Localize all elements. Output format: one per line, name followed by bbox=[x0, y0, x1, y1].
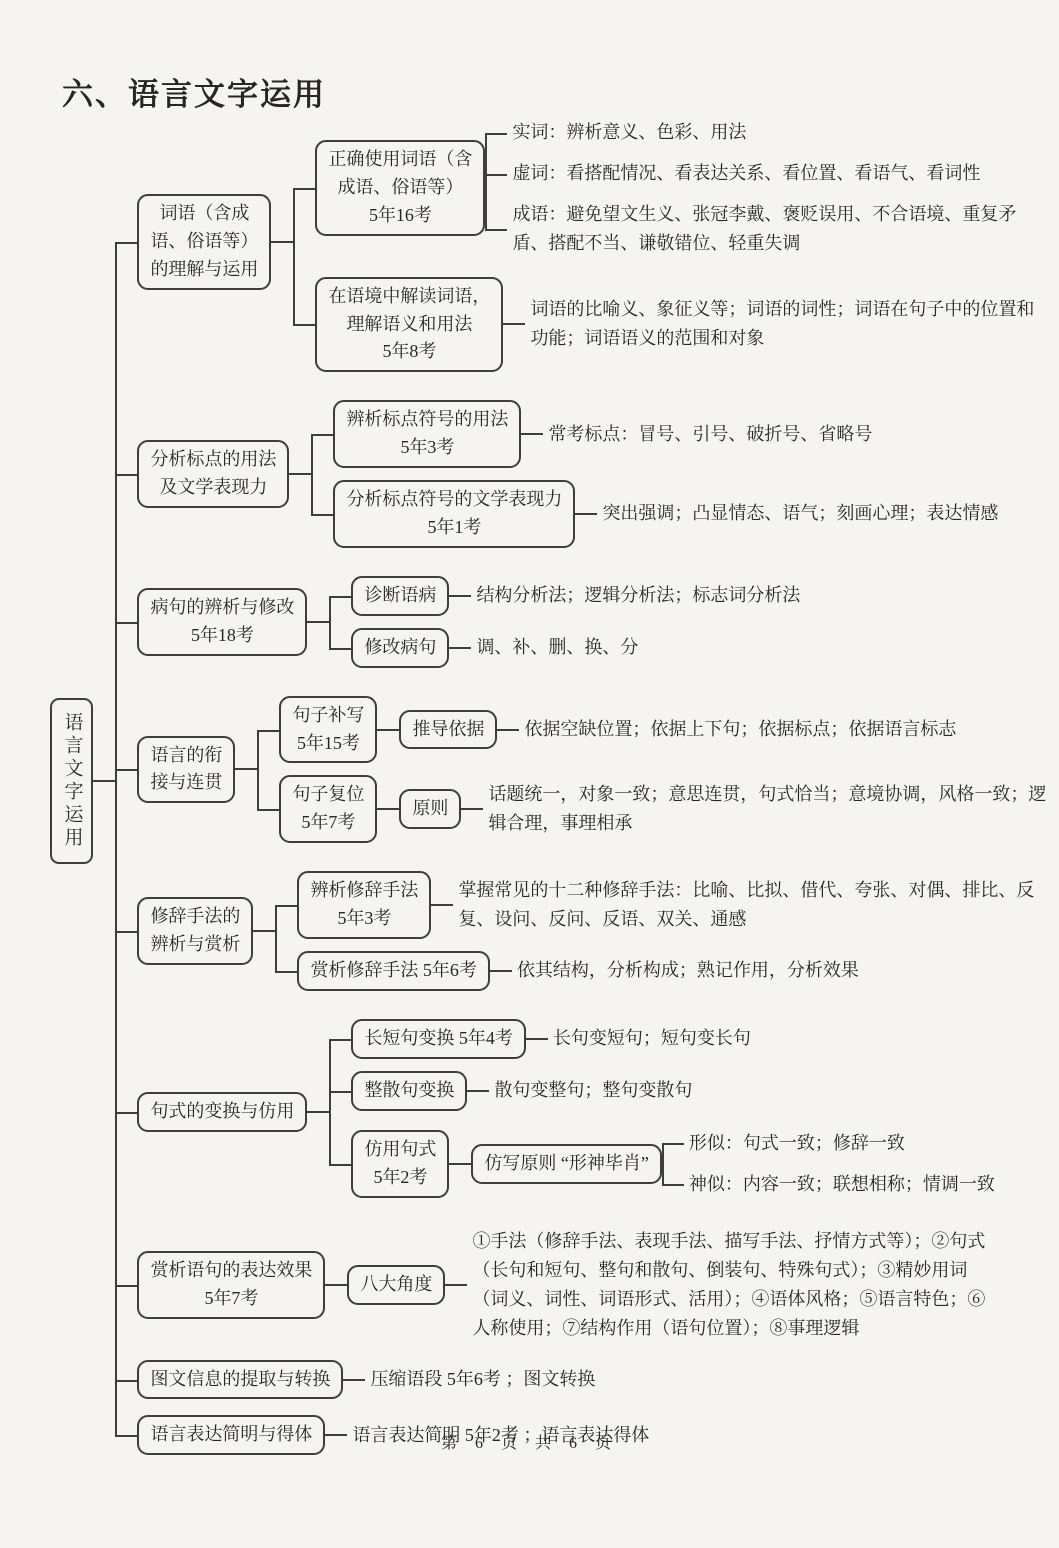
detail-text: 成语：避免望文生义、张冠李戴、褒贬误用、不合语境、重复矛盾、搭配不当、谦敬错位、… bbox=[507, 200, 1032, 258]
subbranch-list: 诊断语病 结构分析法；逻辑分析法；标志词分析法 修改病句 调、补、删、换、分 bbox=[329, 570, 800, 674]
detail-text: 话题统一，对象一致；意思连贯，句式恰当；意境协调，风格一致；逻辑合理，事理相承 bbox=[483, 780, 1059, 838]
subbranch-row: 修改病句 调、补、删、换、分 bbox=[329, 622, 800, 674]
detail-text: ①手法（修辞手法、表现手法、描写手法、抒情方式等）；②句式（长句和短句、整句和散… bbox=[467, 1227, 992, 1344]
branch-row-graphic-text: 图文信息的提取与转换 压缩语段 5年6考 ；图文转换 bbox=[115, 1352, 1059, 1408]
subtopic-node: 长短句变换 5年4考 bbox=[351, 1019, 526, 1059]
subtopic-node: 正确使用词语（含 成语、俗语等） 5年16考 bbox=[315, 140, 485, 236]
connector-line bbox=[490, 970, 512, 972]
topic-node: 修辞手法的 辨析与赏析 bbox=[137, 897, 253, 965]
method-node: 原则 bbox=[399, 789, 461, 829]
detail-text: 散句变整句；整句变散句 bbox=[489, 1076, 692, 1105]
subtopic-node: 辨析标点符号的用法 5年3考 bbox=[333, 400, 521, 468]
subbranch-row: 长短句变换 5年4考 长句变短句；短句变长句 bbox=[329, 1013, 994, 1065]
connector-line bbox=[497, 729, 519, 731]
branch-row-expression-effect: 赏析语句的表达效果 5年7考 八大角度 ①手法（修辞手法、表现手法、描写手法、抒… bbox=[115, 1219, 1059, 1352]
connector-line bbox=[575, 513, 597, 515]
connector-line bbox=[271, 241, 293, 243]
branch-row-sentence-patterns: 句式的变换与仿用 长短句变换 5年4考 长句变短句；短句变长句 整散句变换 散句… bbox=[115, 1005, 1059, 1219]
connector-line bbox=[431, 904, 453, 906]
connector-line bbox=[307, 1111, 329, 1113]
subtopic-node: 整散句变换 bbox=[351, 1071, 467, 1111]
connector-line bbox=[343, 1379, 365, 1381]
branch-row-coherence: 语言的衔 接与连贯 句子补写 5年15考 推导依据 依据空缺位置；依据上下句；依… bbox=[115, 682, 1059, 858]
subtopic-node: 诊断语病 bbox=[351, 576, 449, 616]
branch-row-rhetoric: 修辞手法的 辨析与赏析 辨析修辞手法 5年3考 掌握常见的十二种修辞手法：比喻、… bbox=[115, 857, 1059, 1005]
subbranch-row: 正确使用词语（含 成语、俗语等） 5年16考 实词：辨析意义、色彩、用法 虚词：… bbox=[293, 106, 1050, 271]
detail-row: 成语：避免望文生义、张冠李戴、褒贬误用、不合语境、重复矛盾、搭配不当、谦敬错位、… bbox=[485, 194, 1032, 264]
connector-line bbox=[461, 808, 483, 810]
connector-line bbox=[521, 433, 543, 435]
connector-line bbox=[449, 647, 471, 649]
branch-row-sick-sentences: 病句的辨析与修改 5年18考 诊断语病 结构分析法；逻辑分析法；标志词分析法 修… bbox=[115, 562, 1059, 682]
subbranch-list: 正确使用词语（含 成语、俗语等） 5年16考 实词：辨析意义、色彩、用法 虚词：… bbox=[293, 106, 1050, 378]
subtopic-node: 在语境中解读词语， 理解语义和用法 5年8考 bbox=[315, 277, 503, 373]
subbranch-row: 分析标点符号的文学表现力 5年1考 突出强调；凸显情态、语气；刻画心理；表达情感 bbox=[311, 474, 998, 554]
topic-node: 病句的辨析与修改 5年18考 bbox=[137, 588, 307, 656]
subbranch-row: 仿用句式 5年2考 仿写原则 “形神毕肖” 形似：句式一致；修辞一致 神似：内容… bbox=[329, 1117, 994, 1211]
branch-list: 词语（含成 语、俗语等） 的理解与运用 正确使用词语（含 成语、俗语等） 5年1… bbox=[115, 98, 1059, 1463]
connector-line bbox=[449, 1163, 471, 1165]
method-node: 推导依据 bbox=[399, 710, 497, 750]
topic-node: 句式的变换与仿用 bbox=[137, 1092, 307, 1132]
subtopic-node: 句子复位 5年7考 bbox=[279, 775, 377, 843]
connector-line bbox=[235, 768, 257, 770]
detail-text: 虚词：看搭配情况、看表达关系、看位置、看语气、看词性 bbox=[507, 159, 980, 188]
detail-text: 调、补、删、换、分 bbox=[471, 633, 638, 662]
topic-node: 图文信息的提取与转换 bbox=[137, 1360, 343, 1400]
mindmap-tree: 语言文字运用 词语（含成 语、俗语等） 的理解与运用 正确使用词语（含 成语、俗… bbox=[50, 98, 1059, 1463]
subbranch-row: 句子补写 5年15考 推导依据 依据空缺位置；依据上下句；依据标点；依据语言标志 bbox=[257, 690, 1059, 770]
subbranch-row: 辨析标点符号的用法 5年3考 常考标点：冒号、引号、破折号、省略号 bbox=[311, 394, 998, 474]
detail-text: 实词：辨析意义、色彩、用法 bbox=[507, 118, 746, 147]
detail-row: 神似：内容一致；联想相称；情调一致 bbox=[662, 1164, 995, 1205]
subtopic-node: 修改病句 bbox=[351, 628, 449, 668]
subbranch-row: 赏析修辞手法 5年6考 依其结构，分析构成；熟记作用，分析效果 bbox=[275, 945, 1048, 997]
detail-text: 形似：句式一致；修辞一致 bbox=[684, 1129, 905, 1158]
connector-line bbox=[289, 473, 311, 475]
connector-line bbox=[445, 1284, 467, 1286]
detail-list: 实词：辨析意义、色彩、用法 虚词：看搭配情况、看表达关系、看位置、看语气、看词性… bbox=[485, 112, 1032, 265]
root-node: 语言文字运用 bbox=[50, 698, 93, 864]
subbranch-list: 辨析修辞手法 5年3考 掌握常见的十二种修辞手法：比喻、比拟、借代、夸张、对偶、… bbox=[275, 865, 1048, 997]
topic-node: 赏析语句的表达效果 5年7考 bbox=[137, 1251, 325, 1319]
topic-node: 词语（含成 语、俗语等） 的理解与运用 bbox=[137, 194, 271, 290]
connector-line bbox=[467, 1090, 489, 1092]
detail-text: 神似：内容一致；联想相称；情调一致 bbox=[684, 1170, 995, 1199]
connector-line bbox=[325, 1284, 347, 1286]
detail-row: 实词：辨析意义、色彩、用法 bbox=[485, 112, 1032, 153]
detail-text: 压缩语段 5年6考 ；图文转换 bbox=[365, 1365, 595, 1394]
connector-line bbox=[449, 595, 471, 597]
page-number: 第 6 页 共 6 页 bbox=[0, 1430, 1059, 1453]
subbranch-row: 辨析修辞手法 5年3考 掌握常见的十二种修辞手法：比喻、比拟、借代、夸张、对偶、… bbox=[275, 865, 1048, 945]
detail-text: 掌握常见的十二种修辞手法：比喻、比拟、借代、夸张、对偶、排比、反复、设问、反问、… bbox=[453, 876, 1048, 934]
branch-row-punctuation: 分析标点的用法 及文学表现力 辨析标点符号的用法 5年3考 常考标点：冒号、引号… bbox=[115, 386, 1059, 562]
subbranch-row: 诊断语病 结构分析法；逻辑分析法；标志词分析法 bbox=[329, 570, 800, 622]
method-node: 八大角度 bbox=[347, 1265, 445, 1305]
detail-text: 突出强调；凸显情态、语气；刻画心理；表达情感 bbox=[597, 499, 998, 528]
connector-line bbox=[526, 1038, 548, 1040]
detail-text: 依其结构，分析构成；熟记作用，分析效果 bbox=[512, 956, 859, 985]
subtopic-node: 句子补写 5年15考 bbox=[279, 696, 377, 764]
detail-text: 依据空缺位置；依据上下句；依据标点；依据语言标志 bbox=[519, 715, 956, 744]
method-node: 仿写原则 “形神毕肖” bbox=[471, 1144, 661, 1184]
detail-row: 虚词：看搭配情况、看表达关系、看位置、看语气、看词性 bbox=[485, 153, 1032, 194]
connector-line bbox=[503, 323, 525, 325]
subbranch-list: 长短句变换 5年4考 长句变短句；短句变长句 整散句变换 散句变整句；整句变散句… bbox=[329, 1013, 994, 1211]
connector-line bbox=[307, 621, 329, 623]
detail-text: 词语的比喻义、象征义等；词语的词性；词语在句子中的位置和功能；词语语义的范围和对… bbox=[525, 295, 1050, 353]
subbranch-list: 辨析标点符号的用法 5年3考 常考标点：冒号、引号、破折号、省略号 分析标点符号… bbox=[311, 394, 998, 554]
connector-line bbox=[253, 930, 275, 932]
subtopic-node: 分析标点符号的文学表现力 5年1考 bbox=[333, 480, 575, 548]
subbranch-list: 句子补写 5年15考 推导依据 依据空缺位置；依据上下句；依据标点；依据语言标志… bbox=[257, 690, 1059, 850]
detail-list: 形似：句式一致；修辞一致 神似：内容一致；联想相称；情调一致 bbox=[662, 1123, 995, 1205]
topic-node: 分析标点的用法 及文学表现力 bbox=[137, 440, 289, 508]
detail-row: 形似：句式一致；修辞一致 bbox=[662, 1123, 995, 1164]
subtopic-node: 辨析修辞手法 5年3考 bbox=[297, 871, 431, 939]
subbranch-row: 整散句变换 散句变整句；整句变散句 bbox=[329, 1065, 994, 1117]
connector-line bbox=[377, 729, 399, 731]
subbranch-row: 在语境中解读词语， 理解语义和用法 5年8考 词语的比喻义、象征义等；词语的词性… bbox=[293, 271, 1050, 379]
detail-text: 长句变短句；短句变长句 bbox=[548, 1024, 751, 1053]
branch-row-words: 词语（含成 语、俗语等） 的理解与运用 正确使用词语（含 成语、俗语等） 5年1… bbox=[115, 98, 1059, 386]
connector-line bbox=[93, 780, 115, 782]
topic-node: 语言的衔 接与连贯 bbox=[137, 736, 235, 804]
subtopic-node: 仿用句式 5年2考 bbox=[351, 1130, 449, 1198]
connector-line bbox=[377, 808, 399, 810]
detail-text: 常考标点：冒号、引号、破折号、省略号 bbox=[543, 420, 872, 449]
subtopic-node: 赏析修辞手法 5年6考 bbox=[297, 951, 490, 991]
subbranch-row: 句子复位 5年7考 原则 话题统一，对象一致；意思连贯，句式恰当；意境协调，风格… bbox=[257, 769, 1059, 849]
detail-text: 结构分析法；逻辑分析法；标志词分析法 bbox=[471, 581, 800, 610]
